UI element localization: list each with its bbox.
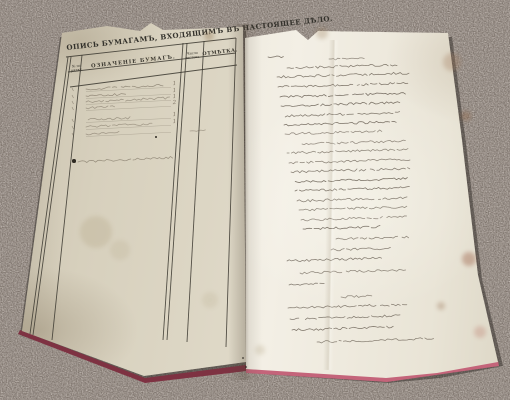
sheet-count-digit: 1: [172, 81, 176, 87]
handwriting-line: [299, 206, 407, 211]
handwriting-line: [297, 197, 407, 202]
handwriting-line: [317, 338, 434, 343]
sheet-count-digit: 2: [171, 100, 176, 106]
handwriting-line: [331, 247, 390, 250]
handwriting-line: [285, 112, 399, 117]
table-rule-line: [167, 43, 187, 340]
table-entry-handwriting: [86, 106, 115, 109]
photo-of-document: ОПИСЬ БУМАГАМЪ, ВХОДЯЩИМЪ ВЪ НАСТОЯЩЕЕ Д…: [0, 0, 510, 400]
table-entry-handwriting: [78, 157, 173, 163]
foxing-stain: [437, 302, 445, 310]
handwriting-line: [301, 216, 407, 221]
row-number-mark: [72, 101, 74, 104]
table-rule-line: [52, 55, 82, 340]
table-entry-handwriting: [88, 117, 130, 120]
handwriting-line: [300, 270, 406, 275]
handwriting-line: [292, 326, 393, 330]
foxing-stain: [204, 31, 214, 41]
table-rule-line: [33, 57, 71, 335]
table-rule-line: [66, 38, 236, 57]
handwriting-line: [289, 159, 410, 164]
handwriting-line: [291, 168, 410, 173]
foxing-stain: [110, 240, 130, 260]
sheet-count-digit: 1: [172, 112, 176, 118]
table-entry-handwriting: [86, 131, 119, 135]
table-entry-handwriting: [86, 84, 163, 90]
handwriting-line: [287, 149, 410, 154]
handwriting-line: [281, 102, 402, 107]
handwriting-line: [295, 178, 409, 183]
foxing-stain: [202, 292, 218, 308]
table-rule-line: [30, 57, 68, 334]
handwriting-line: [284, 121, 396, 126]
row-number-mark: [72, 126, 74, 129]
handwriting-line: [280, 93, 405, 98]
handwriting-line: [278, 83, 408, 88]
handwriting-line: [295, 187, 409, 192]
ink-blot: [72, 159, 76, 163]
entry-underline: [86, 87, 171, 91]
foxing-stain: [255, 345, 265, 355]
table-rule-line: [70, 65, 237, 87]
row-number-mark: [72, 107, 74, 110]
entry-underline: [86, 125, 171, 129]
foxing-stain: [146, 56, 154, 64]
row-number-mark: [72, 88, 74, 91]
foxing-stain: [316, 27, 328, 39]
foxing-stain: [462, 252, 476, 266]
handwriting-line: [277, 72, 409, 77]
handwriting-line: [287, 64, 397, 68]
foxing-stain: [443, 53, 461, 71]
handwriting-line: [268, 56, 283, 58]
handwriting-line: [302, 140, 405, 145]
foxing-stain: [80, 216, 112, 248]
handwriting-line: [303, 226, 380, 230]
row-number-mark: [72, 95, 74, 98]
handwriting-line: [290, 315, 400, 320]
handwriting-line: [341, 295, 372, 298]
handwriting-line: [336, 236, 411, 240]
foxing-stain: [461, 111, 471, 121]
gutter-fold-shadow: [228, 24, 262, 380]
row-number-mark: [72, 119, 74, 122]
table-entry-handwriting: [86, 94, 126, 97]
sheet-count-digit: 1: [172, 119, 176, 125]
foxing-stain: [474, 326, 486, 338]
handwriting-line: [289, 283, 324, 285]
entry-underline: [86, 118, 171, 122]
note-column-mark: [190, 130, 205, 131]
handwriting-line: [288, 304, 407, 308]
